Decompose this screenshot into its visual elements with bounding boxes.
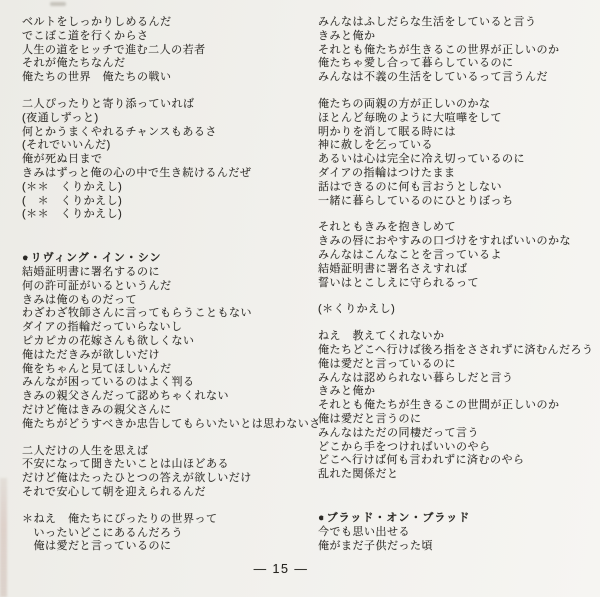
lyric-line: ねえ 教えてくれないか — [318, 330, 596, 344]
lyric-line: (＊＊ くりかえし) — [22, 181, 310, 195]
lyric-line: いったいどこにあるんだろう — [22, 527, 310, 541]
stanza: 俺たちの両親の方が正しいのかなほとんど毎晩のように大喧嘩をして明かりを消して眠る… — [318, 98, 596, 208]
lyric-line: ダイアの指輪はつけたまま — [318, 167, 596, 181]
lyric-line: だけど俺はきみの親父さんに — [22, 404, 310, 418]
lyric-line: 今でも思い出せる — [318, 526, 596, 540]
lyric-line: 二人ぴったりと寄り添っていれば — [22, 98, 310, 112]
lyric-line: 何の許可証がいるというんだ — [22, 280, 310, 294]
lyric-line: きみの唇におやすみの口づけをすればいいのかな — [318, 235, 596, 249]
lyric-line: 俺はただきみが欲しいだけ — [22, 349, 310, 363]
lyric-line: わざわざ牧師さんに言ってもらうこともない — [22, 307, 310, 321]
lyric-line: みんなはこんなことを言っているよ — [318, 249, 596, 263]
lyric-line: 一緒に暮らしているのにひとりぼっち — [318, 195, 596, 209]
lyric-line: 話はできるのに何も言おうとしない — [318, 181, 596, 195]
stanza: それともきみを抱きしめてきみの唇におやすみの口づけをすればいいのかなみんなはこん… — [318, 221, 596, 290]
lyric-line: 何とかうまくやれるチャンスもあるさ — [22, 126, 310, 140]
lyric-line: ＊ねえ 俺たちにぴったりの世界って — [22, 513, 310, 527]
lyric-line: きみと俺か — [318, 30, 596, 44]
lyric-line: 俺たちの世界 俺たちの戦い — [22, 71, 310, 85]
lyric-line: (＊くりかえし) — [318, 303, 596, 317]
lyric-line: 不安になって聞きたいことは山ほどある — [22, 458, 310, 472]
lyric-line: 俺たちの両親の方が正しいのかな — [318, 98, 596, 112]
lyric-line: 人生の道をヒッチで進む二人の若者 — [22, 44, 310, 58]
lyric-line: あるいは心は完全に冷え切っているのに — [318, 153, 596, 167]
lyric-line: 俺をちゃんと見てほしいんだ — [22, 363, 310, 377]
song-title-text: ブラッド・オン・ブラッド — [327, 512, 471, 524]
lyric-line: (＊＊ くりかえし) — [22, 208, 310, 222]
lyric-line: 俺がまだ子供だった頃 — [318, 540, 596, 554]
lyric-line: 俺たちゃ愛し合って暮らしているのに — [318, 57, 596, 71]
song-section: ●ブラッド・オン・ブラッド今でも思い出せる俺がまだ子供だった頃 — [318, 512, 596, 553]
lyric-line: ( ＊ くりかえし) — [22, 195, 310, 209]
stanza: 二人だけの人生を思えば不安になって聞きたいことは山ほどあるだけど俺はたったひとつ… — [22, 445, 310, 500]
song-bullet-icon: ● — [22, 252, 30, 266]
lyric-line: だけど俺はたったひとつの答えが欲しいだけ — [22, 472, 310, 486]
song-bullet-icon: ● — [318, 512, 326, 526]
lyric-line: それとも俺たちが生きるこの世界が正しいのか — [318, 44, 596, 58]
lyric-line: 二人だけの人生を思えば — [22, 445, 310, 459]
lyric-line: 結婚証明書に署名さえすれば — [318, 263, 596, 277]
scan-edge-artifact — [0, 478, 7, 597]
lyric-line: きみはずっと俺の心の中で生き続けるんだぜ — [22, 167, 310, 181]
stanza: ＊ねえ 俺たちにぴったりの世界って いったいどこにあるんだろう 俺は愛だと言って… — [22, 513, 310, 554]
lyric-line: 俺たちどこへ行けば後ろ指をさされずに済むんだろう — [318, 344, 596, 358]
lyric-line: それで安心して朝を迎えられるんだ — [22, 486, 310, 500]
lyric-line: それが俺たちなんだ — [22, 57, 310, 71]
lyric-line: きみの親父さんだって認めちゃくれない — [22, 390, 310, 404]
lyric-line: 結婚証明書に署名するのに — [22, 266, 310, 280]
stanza: ねえ 教えてくれないか俺たちどこへ行けば後ろ指をさされずに済むんだろう俺は愛だと… — [318, 330, 596, 482]
lyric-line: 俺は愛だと言うのに — [318, 413, 596, 427]
lyric-line: ダイアの指輪だっていらないし — [22, 321, 310, 335]
song-section: ●リヴィング・イン・シン結婚証明書に署名するのに何の許可証がいるというんだきみは… — [22, 252, 310, 431]
lyric-line: みんなは不義の生活をしているって言うんだ — [318, 71, 596, 85]
lyric-line: みんなはただの同棲だって言う — [318, 427, 596, 441]
lyric-line: ベルトをしっかりしめるんだ — [22, 16, 310, 30]
stanza: 二人ぴったりと寄り添っていれば(夜通しずっと)何とかうまくやれるチャンスもあるさ… — [22, 98, 310, 222]
lyric-line: でこぼこ道を行くからさ — [22, 30, 310, 44]
lyric-line: どこへ行けば何も言われずに済むのやら — [318, 454, 596, 468]
lyric-line: 俺は愛だと言っているのに — [318, 358, 596, 372]
lyric-line: 明かりを消して眠る時には — [318, 126, 596, 140]
lyric-line: (それでいいんだ) — [22, 139, 310, 153]
lyric-line: ピカピカの花嫁さんも欲しくない — [22, 335, 310, 349]
lyric-line: (夜通しずっと) — [22, 112, 310, 126]
lyric-line: 俺たちがどうすべきか忠告してもらいたいとは思わないさ — [22, 418, 310, 432]
lyric-line: きみは俺のものだって — [22, 294, 310, 308]
lyric-line: 神に赦しを乞っている — [318, 139, 596, 153]
booklet-page: ベルトをしっかりしめるんだでこぼこ道を行くからさ人生の道をヒッチで進む二人の若者… — [0, 0, 600, 597]
lyric-line: 俺が死ぬ日まで — [22, 153, 310, 167]
lyric-line: みんなはふしだらな生活をしていると言う — [318, 16, 596, 30]
lyrics-column-left: ベルトをしっかりしめるんだでこぼこ道を行くからさ人生の道をヒッチで進む二人の若者… — [22, 16, 310, 554]
scan-smudge-artifact — [50, 2, 66, 6]
lyric-line: それともきみを抱きしめて — [318, 221, 596, 235]
lyric-line: 誓いはとこしえに守られるって — [318, 277, 596, 291]
lyrics-column-right: みんなはふしだらな生活をしていると言うきみと俺かそれとも俺たちが生きるこの世界が… — [318, 16, 596, 553]
song-title: ●ブラッド・オン・ブラッド — [318, 512, 596, 526]
lyric-line: ほとんど毎晩のように大喧嘩をして — [318, 112, 596, 126]
song-title-text: リヴィング・イン・シン — [31, 252, 162, 264]
lyric-line: 俺は愛だと言っているのに — [22, 540, 310, 554]
lyric-line: みんなが困っているのはよく判る — [22, 376, 310, 390]
stanza: ベルトをしっかりしめるんだでこぼこ道を行くからさ人生の道をヒッチで進む二人の若者… — [22, 16, 310, 85]
lyric-line: どこから手をつければいいのやら — [318, 441, 596, 455]
stanza: (＊くりかえし) — [318, 303, 596, 317]
lyric-line: 乱れた関係だと — [318, 468, 596, 482]
lyric-line: きみと俺か — [318, 385, 596, 399]
song-title: ●リヴィング・イン・シン — [22, 252, 310, 266]
lyric-line: みんなは認められない暮らしだと言う — [318, 372, 596, 386]
stanza: みんなはふしだらな生活をしていると言うきみと俺かそれとも俺たちが生きるこの世界が… — [318, 16, 596, 85]
lyric-line: それとも俺たちが生きるこの世間が正しいのか — [318, 399, 596, 413]
page-number: — 15 — — [0, 562, 562, 576]
